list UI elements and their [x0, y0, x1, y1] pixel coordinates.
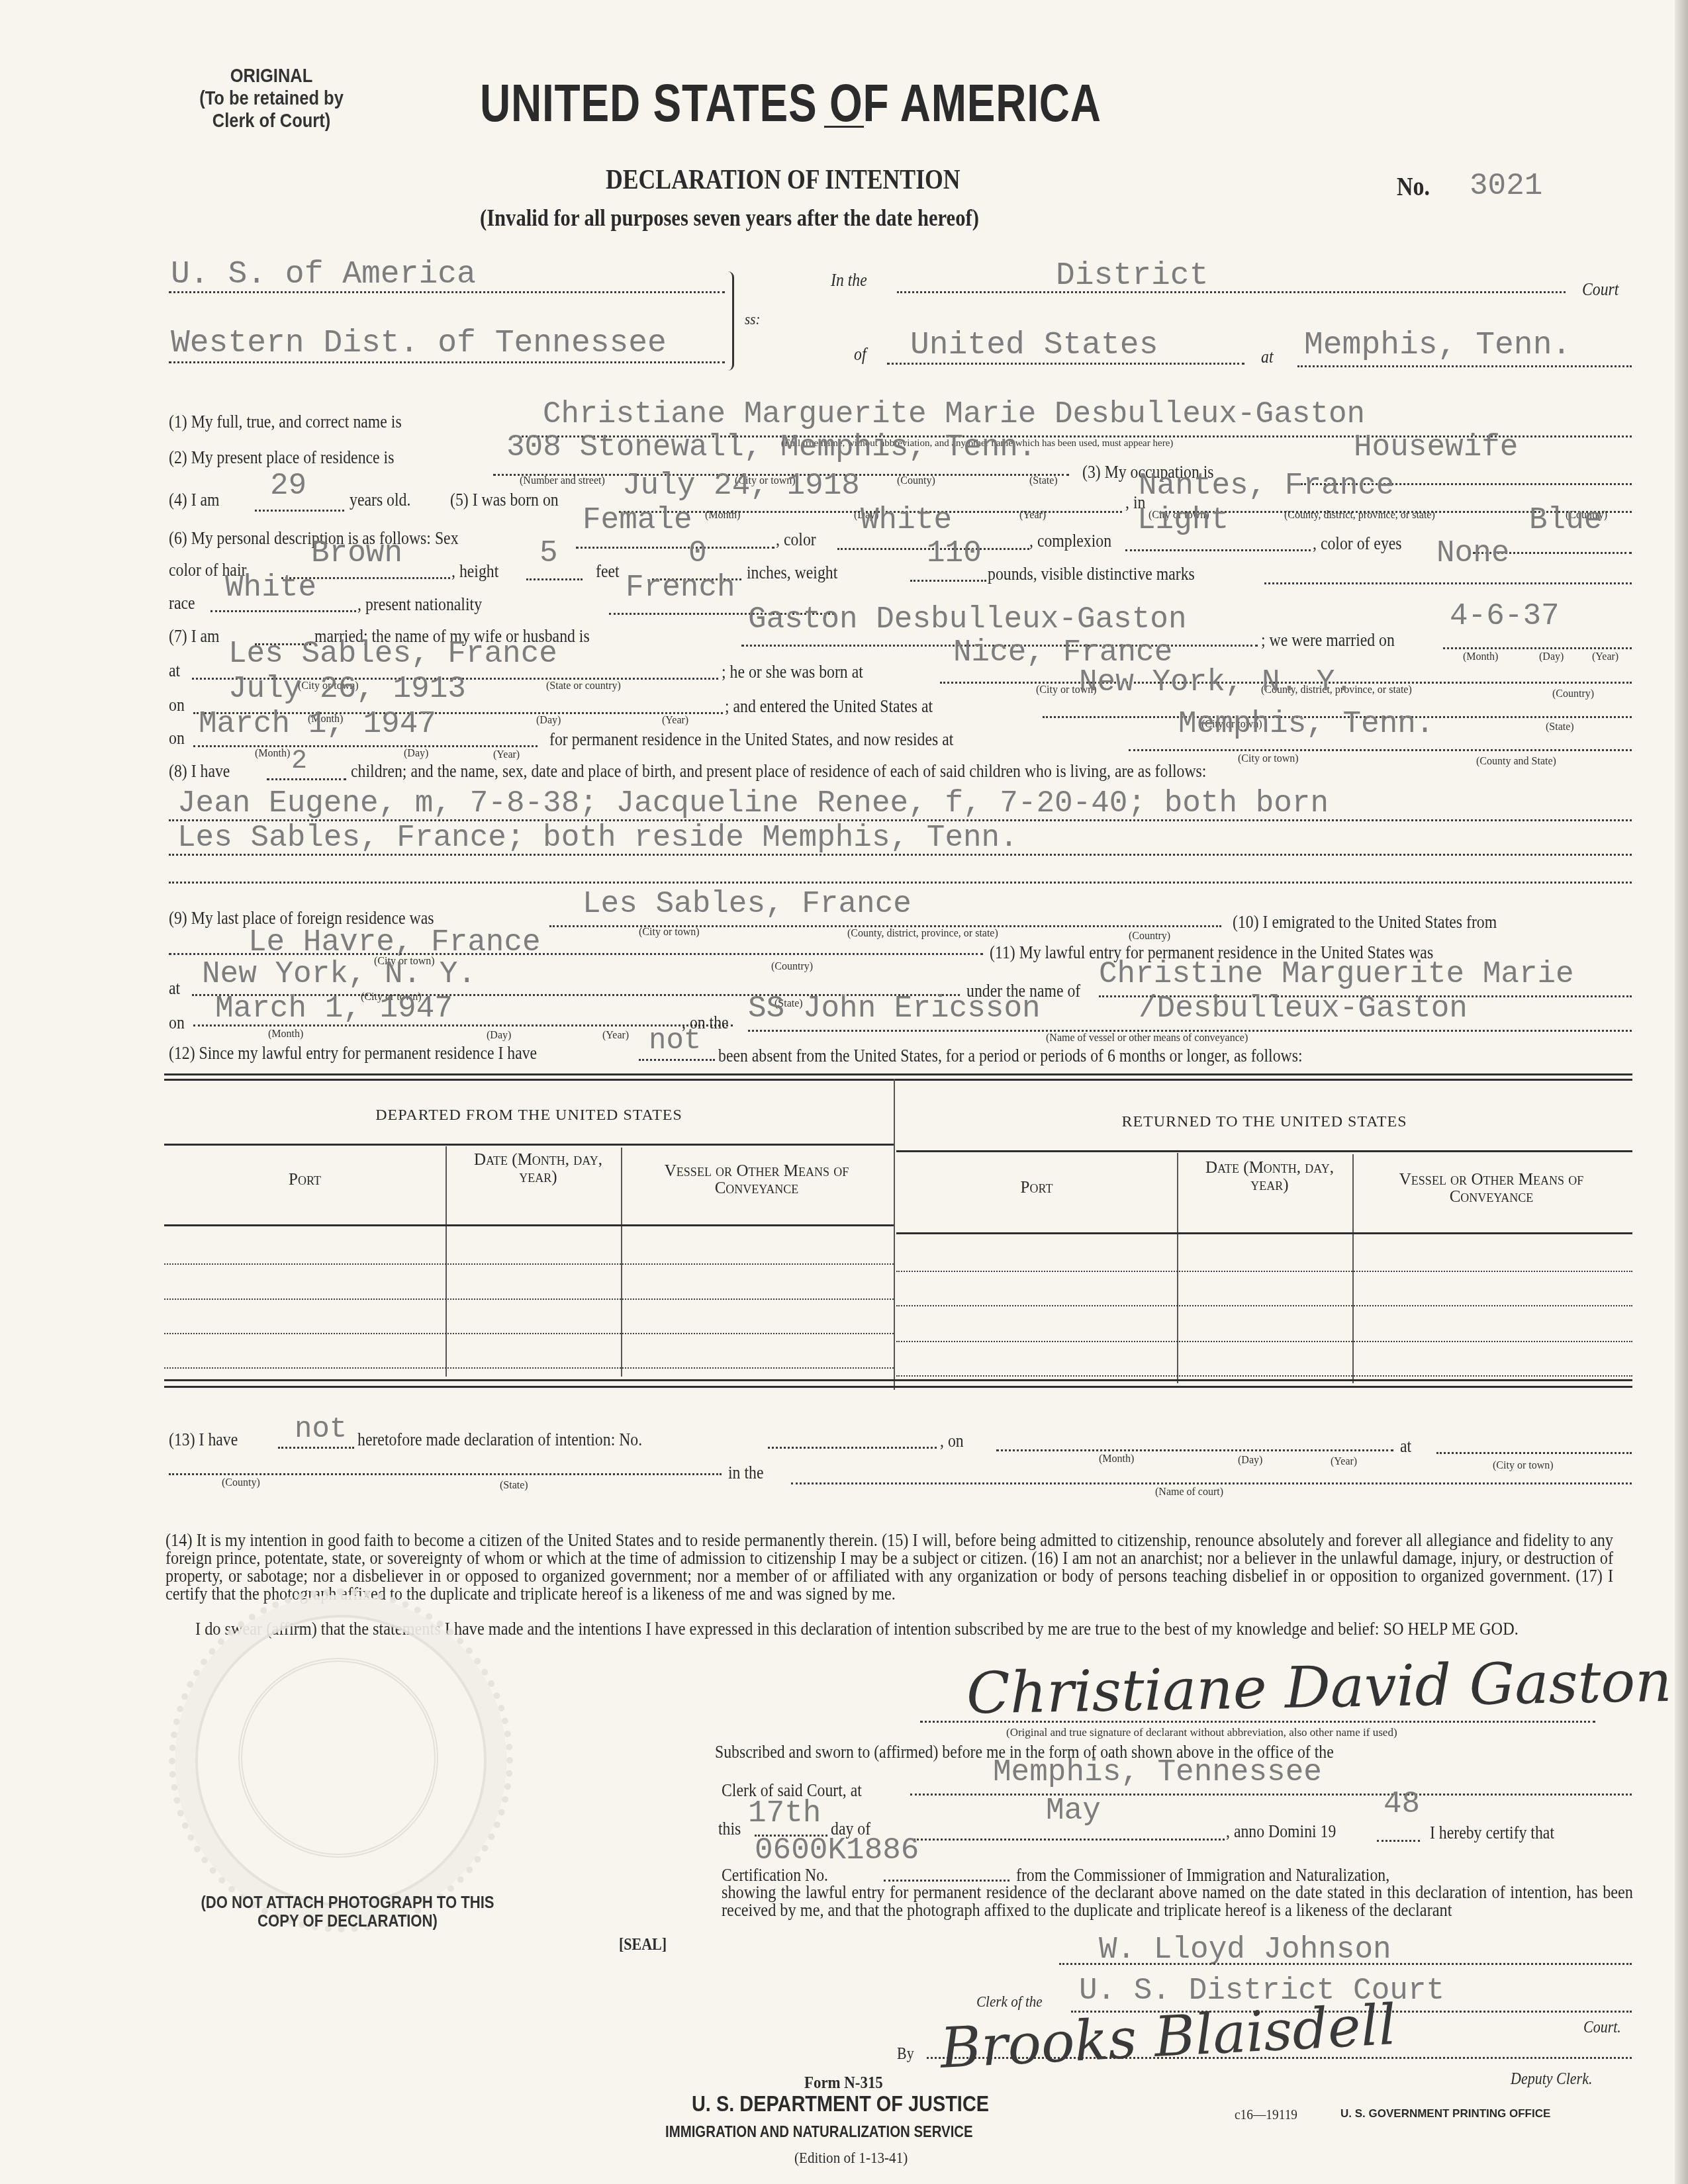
q5-label: (5) I was born on — [450, 490, 559, 510]
table-row[interactable] — [896, 1305, 1632, 1306]
entry-name-line-2[interactable]: /Desbulleux-Gaston — [1139, 991, 1468, 1026]
caption-year: (Year) — [493, 749, 520, 761]
color-label: , color — [776, 529, 816, 550]
table-row[interactable] — [164, 1298, 894, 1300]
spouse-name-field[interactable]: Gaston Desbulleux-Gaston — [748, 602, 1187, 637]
clerk-name: W. Lloyd Johnson — [1099, 1933, 1391, 1967]
table-row[interactable] — [896, 1375, 1632, 1377]
table-row[interactable] — [164, 1367, 894, 1369]
q13-label: (13) I have — [169, 1430, 238, 1450]
eyes-label: , color of eyes — [1313, 533, 1402, 554]
caption-county-state: (County and State) — [1476, 756, 1556, 768]
field-line — [1377, 1840, 1420, 1842]
field-line — [927, 2057, 1632, 2059]
caption-year: (Year) — [1592, 651, 1618, 663]
caption-county: (County) — [222, 1477, 260, 1489]
last-foreign-residence-field[interactable]: Les Sables, France — [583, 887, 912, 921]
weight-field[interactable]: 110 — [927, 536, 982, 570]
spouse-entry-date-field[interactable]: March 1, 1947 — [199, 707, 436, 741]
certification-location: Memphis, Tennessee — [993, 1755, 1322, 1790]
field-line — [255, 510, 344, 512]
field-line — [211, 610, 356, 612]
col-port: Port — [164, 1171, 445, 1189]
court-location: Memphis, Tenn. — [1304, 328, 1571, 363]
column-divider — [445, 1146, 447, 1377]
col-date: Date (Month, day, year) — [465, 1152, 611, 1186]
field-line — [887, 363, 1244, 365]
col-vessel: Vessel or Other Means of Conveyance — [628, 1163, 886, 1197]
race-field[interactable]: White — [225, 570, 316, 605]
married-on-label: ; we were married on — [1261, 630, 1395, 651]
table-border — [164, 1379, 1632, 1381]
q13-on-label: , on — [940, 1431, 964, 1451]
absent-value-field[interactable]: not — [649, 1024, 701, 1058]
column-divider — [1177, 1153, 1178, 1383]
field-line — [1125, 549, 1311, 551]
field-line — [193, 745, 538, 747]
caption-day: (Day) — [536, 715, 561, 727]
prior-declaration-date-field[interactable] — [996, 1449, 1393, 1451]
retained-note-2: Clerk of Court) — [170, 110, 373, 132]
full-name-field[interactable]: Christiane Marguerite Marie Desbulleux-G… — [543, 397, 1365, 432]
table-row[interactable] — [896, 1271, 1632, 1272]
this-label: this — [718, 1819, 741, 1839]
children-line-1[interactable]: Jean Eugene, m, 7-8-38; Jacqueline Renee… — [177, 786, 1329, 821]
spouse-entered-label: ; and entered the United States at — [725, 696, 933, 717]
court-type: District — [1056, 258, 1208, 294]
caption-state: (State) — [500, 1480, 528, 1492]
caption-city: (City or town) — [639, 927, 700, 938]
field-line — [884, 1880, 1009, 1882]
returned-header: RETURNED TO THE UNITED STATES — [896, 1113, 1632, 1130]
brace — [728, 271, 734, 371]
document-title: UNITED STATES OF AMERICA — [480, 73, 1102, 134]
title-divider — [824, 126, 864, 128]
edition-note: (Edition of 1-13-41) — [794, 2150, 908, 2167]
field-line — [278, 1447, 354, 1449]
photo-note: (DO NOT ATTACH PHOTOGRAPH TO THIS COPY O… — [190, 1893, 505, 1930]
vessel-caption: (Name of vessel or other means of convey… — [1046, 1032, 1248, 1044]
prior-declaration-court-field[interactable] — [791, 1482, 1632, 1484]
spouse-born-label: ; he or she was born at — [722, 662, 863, 682]
field-line — [169, 361, 725, 363]
ss-label: ss: — [745, 311, 760, 329]
table-row[interactable] — [164, 1333, 894, 1334]
q12-suffix: been absent from the United States, for … — [718, 1046, 1303, 1066]
eyes-field[interactable]: Blue — [1529, 503, 1602, 537]
hair-field[interactable]: Brown — [311, 536, 402, 570]
form-subtitle: DECLARATION OF INTENTION — [606, 164, 961, 196]
print-code: c16—19119 — [1235, 2106, 1297, 2123]
birth-date-field[interactable]: July 24, 1918 — [622, 469, 860, 503]
table-border — [164, 1079, 1632, 1081]
service-name: IMMIGRATION AND NATURALIZATION SERVICE — [665, 2123, 973, 2142]
in-the-label: In the — [831, 270, 867, 291]
q2-label: (2) My present place of residence is — [169, 447, 394, 468]
field-line — [639, 1059, 715, 1061]
feet-label: feet — [596, 561, 620, 582]
on-label: on — [169, 1013, 185, 1033]
absence-table: DEPARTED FROM THE UNITED STATES RETURNED… — [164, 1073, 1632, 1390]
q8-label: (8) I have — [169, 761, 230, 782]
court-label: Court — [1582, 279, 1618, 300]
caption-day: (Day) — [404, 748, 428, 760]
caption-number-street: (Number and street) — [520, 475, 605, 487]
vessel-field[interactable]: SS John Ericsson — [748, 991, 1041, 1026]
q13-text: heretofore made declaration of intention… — [357, 1430, 642, 1450]
children-count-field[interactable]: 2 — [291, 747, 307, 776]
marriage-date-field[interactable]: 4-6-37 — [1450, 599, 1560, 633]
caption-city: (City or town) — [1238, 753, 1299, 765]
on-label: on — [169, 695, 185, 715]
at-label: at — [169, 660, 180, 681]
children-label: children; and the name, sex, date and pl… — [351, 761, 1206, 782]
table-border — [164, 1386, 1632, 1388]
entry-name-line-1[interactable]: Christine Marguerite Marie — [1099, 957, 1574, 991]
nationality-field[interactable]: French — [626, 570, 735, 605]
children-line-2[interactable]: Les Sables, France; both reside Memphis,… — [177, 821, 1018, 855]
color-field[interactable]: White — [861, 503, 952, 537]
jurisdiction-line-2: Western Dist. of Tennessee — [171, 326, 667, 361]
col-port: Port — [896, 1179, 1177, 1197]
entry-date-field[interactable]: March 1, 1947 — [215, 991, 453, 1026]
residence-field[interactable]: 308 Stonewall, Memphis, Tenn. — [506, 430, 1037, 465]
caption-year: (Year) — [1019, 510, 1046, 522]
table-rule — [164, 1224, 894, 1226]
by-label: By — [897, 2045, 914, 2064]
seal-label: [SEAL] — [619, 1936, 667, 1954]
occupation-field[interactable]: Housewife — [1354, 430, 1518, 465]
age-field[interactable]: 29 — [270, 469, 306, 503]
clerk-of-label: Clerk of the — [976, 1993, 1043, 2011]
field-line — [1264, 582, 1632, 584]
entry-port-field[interactable]: New York, N. Y. — [202, 957, 476, 991]
q4-suffix: years old. — [350, 490, 410, 510]
q4-label: (4) I am — [169, 490, 220, 510]
declarant-signature: Christiane David Gaston — [966, 1649, 1672, 1727]
spouse-residence-field[interactable]: Memphis, Tenn. — [1178, 707, 1434, 741]
table-rule — [896, 1232, 1632, 1234]
col-date: Date (Month, day, year) — [1197, 1160, 1342, 1194]
signature-caption: (Original and true signature of declaran… — [1006, 1726, 1397, 1739]
caption-city: (City or town) — [1493, 1460, 1554, 1472]
prior-declaration-no-field[interactable] — [768, 1447, 937, 1449]
field-line — [897, 291, 1566, 293]
q1-label: (1) My full, true, and correct name is — [169, 412, 402, 432]
field-line — [748, 1030, 1632, 1032]
caption-month: (Month) — [705, 510, 740, 522]
q12-label: (12) Since my lawful entry for permanent… — [169, 1043, 537, 1064]
spouse-birth-date-field[interactable]: July 26, 1913 — [228, 672, 466, 706]
seal-inner-ring — [238, 1658, 438, 1858]
caption-state: (State) — [1029, 475, 1058, 487]
field-line — [526, 578, 583, 580]
caption-month: (Month) — [1463, 651, 1498, 663]
height-label: , height — [451, 561, 498, 582]
caption-state-country: (State or country) — [546, 680, 621, 692]
table-border — [164, 1073, 1632, 1075]
photo-note-line-2: COPY OF DECLARATION) — [190, 1911, 505, 1930]
nationality-label: , present nationality — [357, 594, 482, 615]
field-line — [914, 1839, 1225, 1841]
caption-day: (Day) — [1238, 1455, 1262, 1467]
complexion-label: , complexion — [1029, 531, 1111, 551]
caption-month: (Month) — [255, 748, 290, 760]
form-number: Form N-315 — [804, 2073, 883, 2093]
caption-month: (Month) — [268, 1028, 303, 1040]
caption-month: (Month) — [1099, 1453, 1134, 1465]
at-label: at — [169, 978, 180, 999]
column-divider — [1352, 1154, 1354, 1383]
original-label: ORIGINAL — [170, 65, 373, 87]
caption-day: (Day) — [1539, 651, 1564, 663]
table-row[interactable] — [164, 1263, 894, 1265]
q10-label: (10) I emigrated to the United States fr… — [1233, 912, 1497, 933]
permanent-label: for permanent residence in the United St… — [549, 729, 953, 750]
caption-day: (Day) — [487, 1030, 511, 1042]
col-vessel: Vessel or Other Means of Conveyance — [1359, 1171, 1624, 1206]
deputy-clerk-label: Deputy Clerk. — [1511, 2070, 1592, 2089]
table-row[interactable] — [896, 1341, 1632, 1342]
field-line — [1443, 647, 1632, 649]
oath-paragraph: (14) It is my intention in good faith to… — [165, 1531, 1613, 1603]
caption-county-district: (County, district, province, or state) — [1284, 510, 1435, 522]
jurisdiction-line-1: U. S. of America — [171, 257, 476, 293]
field-line — [910, 580, 986, 582]
signature-line — [920, 1721, 1595, 1723]
court-suffix: Court. — [1583, 2019, 1621, 2037]
field-line — [910, 1794, 1632, 1796]
field-line — [1129, 749, 1632, 751]
field-line — [1059, 1963, 1632, 1965]
spouse-entry-place-field[interactable]: New York, N. Y. — [1079, 665, 1353, 700]
on-label: on — [169, 728, 185, 749]
caption-country: (Country) — [1552, 688, 1594, 700]
number-label: No. — [1397, 171, 1430, 202]
field-line — [1297, 365, 1632, 367]
height-feet-field[interactable]: 5 — [539, 536, 558, 570]
cert-text-2: showing the lawful entry for permanent r… — [722, 1884, 1633, 1919]
prior-declaration-county-state-field[interactable] — [169, 1473, 722, 1475]
height-inches-field[interactable]: 0 — [688, 536, 707, 570]
field-line — [169, 854, 1632, 856]
certification-number: 0600K1886 — [755, 1833, 919, 1868]
field-line — [576, 547, 774, 549]
table-rule — [896, 1150, 1632, 1152]
caption-county: (County) — [897, 475, 935, 487]
column-divider — [621, 1148, 622, 1377]
caption-country: (Country) — [1129, 931, 1170, 942]
field-line — [169, 882, 1632, 884]
caption-state: (State) — [1546, 721, 1574, 733]
court-of: United States — [910, 328, 1158, 363]
anno-domini-label: , anno Domini 19 — [1226, 1821, 1336, 1842]
caption-year: (Year) — [602, 1030, 629, 1042]
complexion-field[interactable]: Light — [1137, 503, 1229, 537]
caption-year: (Year) — [1331, 1456, 1357, 1468]
field-line — [169, 953, 983, 955]
page-edge — [1675, 0, 1688, 2184]
departed-header: DEPARTED FROM THE UNITED STATES — [164, 1107, 894, 1124]
original-copy-note: ORIGINAL (To be retained by Clerk of Cou… — [170, 65, 373, 132]
certification-day: 17th — [748, 1796, 821, 1831]
caption-year: (Year) — [662, 715, 688, 727]
q13-value-field[interactable]: not — [295, 1413, 347, 1446]
validity-note: (Invalid for all purposes seven years af… — [480, 204, 979, 232]
photo-note-line-1: (DO NOT ATTACH PHOTOGRAPH TO THIS — [190, 1893, 505, 1911]
field-line — [169, 291, 725, 293]
marriage-place-field[interactable]: Les Sables, France — [228, 637, 557, 671]
inches-label: inches, weight — [747, 563, 837, 583]
prior-declaration-city-field[interactable] — [1436, 1452, 1632, 1454]
retained-note-1: (To be retained by — [170, 87, 373, 110]
caption-county-district: (County, district, province, or state) — [847, 928, 998, 940]
q13-in-the-label: in the — [728, 1463, 763, 1483]
sex-field[interactable]: Female — [583, 503, 692, 537]
department-name: U. S. DEPARTMENT OF JUSTICE — [692, 2091, 989, 2117]
q13-at-label: at — [1400, 1436, 1411, 1457]
certification-month: May — [1046, 1794, 1101, 1828]
caption-name-of-court: (Name of court) — [1155, 1486, 1223, 1498]
pounds-label: pounds, visible distinctive marks — [988, 564, 1195, 584]
at-label: at — [1261, 347, 1273, 367]
declaration-number: 3021 — [1470, 169, 1542, 203]
table-rule — [164, 1144, 894, 1146]
race-label: race — [169, 593, 195, 614]
certification-year: 48 — [1383, 1787, 1420, 1821]
birth-place-field[interactable]: Nantes, France — [1139, 469, 1394, 503]
certify-label: I hereby certify that — [1430, 1823, 1554, 1843]
of-label: of — [854, 344, 866, 365]
marks-field[interactable]: None — [1436, 536, 1509, 570]
field-line — [267, 778, 346, 780]
printer-name: U. S. GOVERNMENT PRINTING OFFICE — [1340, 2107, 1550, 2120]
caption-country: (Country) — [771, 961, 813, 973]
q7-label: (7) I am — [169, 626, 220, 647]
